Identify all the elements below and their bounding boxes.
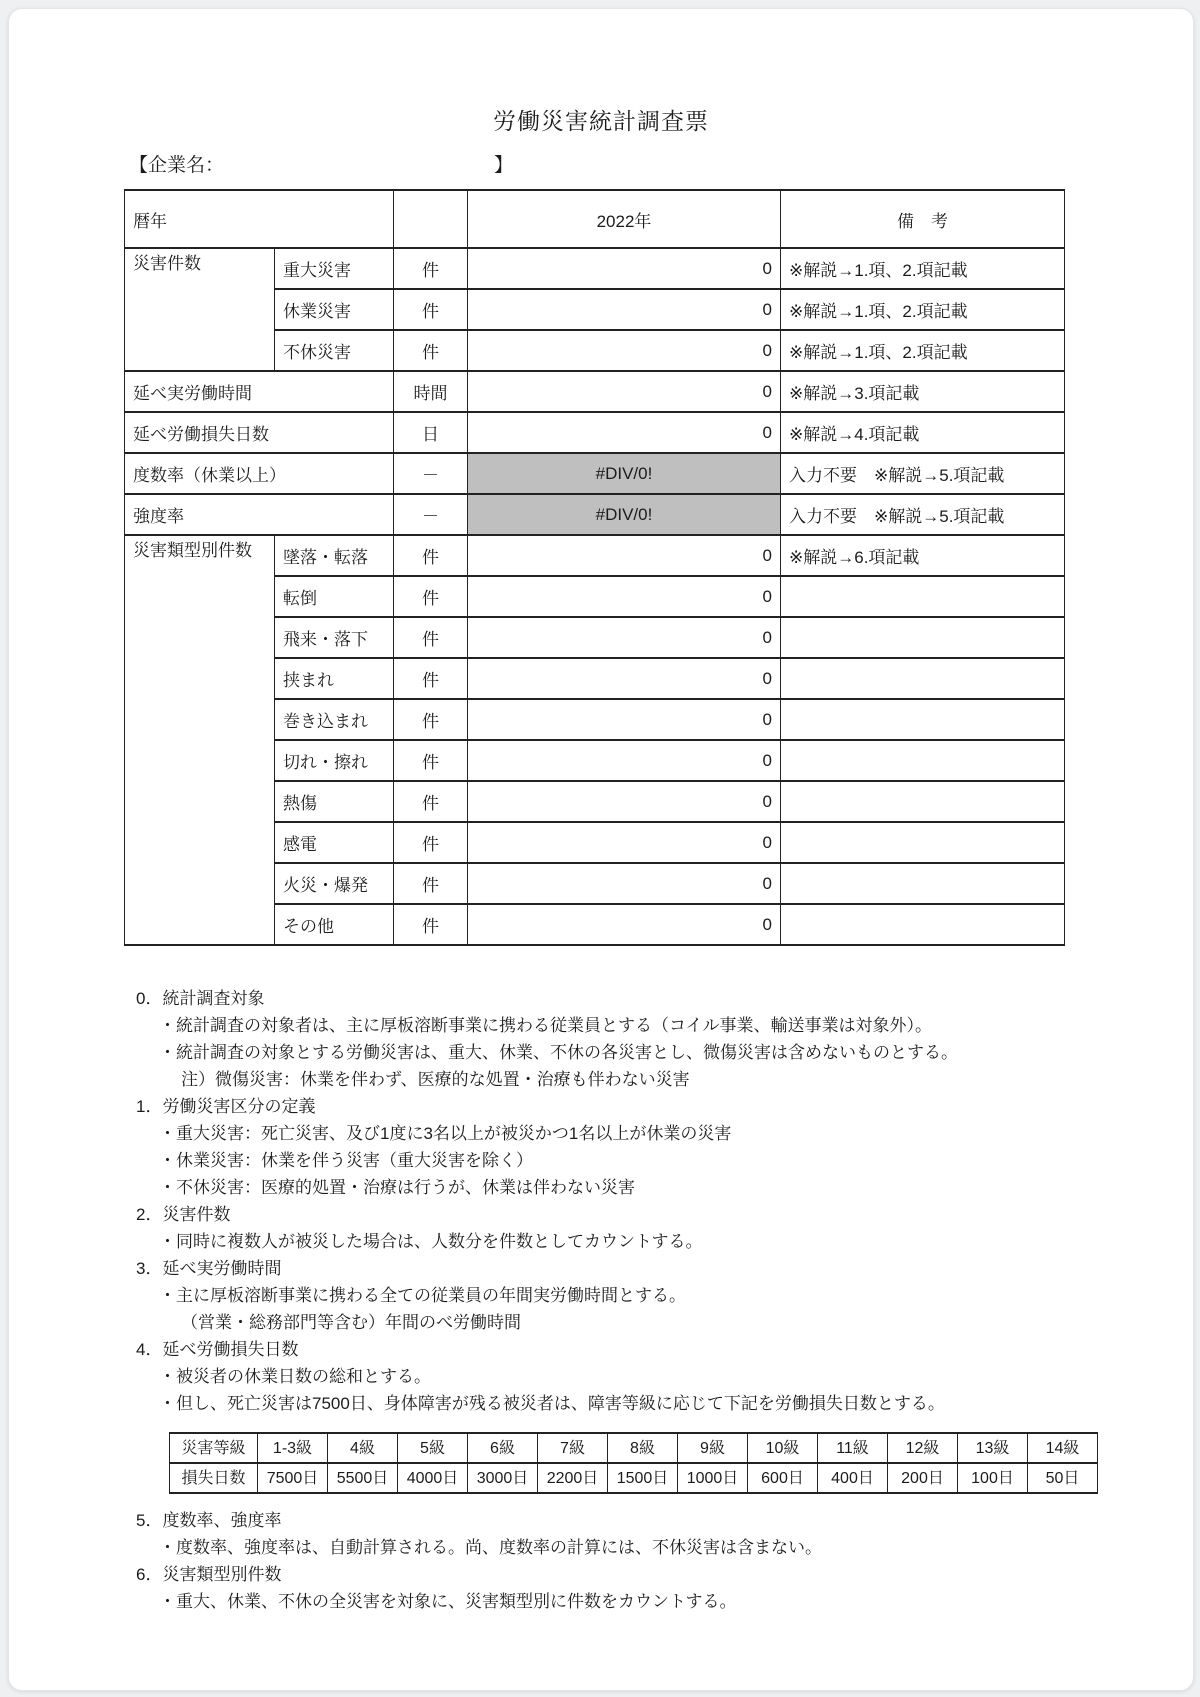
loss-days-row: 損失日数7500日5500日4000日3000日2200日1500日1000日6… [170,1463,1098,1493]
cell-remarks [781,822,1065,863]
cell-remarks: ※解説→1.項、2.項記載 [781,289,1065,330]
note-line: ・休業災害：休業を伴う災害（重大災害を除く） [129,1147,1109,1174]
cell-subtype: 重大災害 [275,248,394,289]
note-line: ・統計調査の対象とする労働災害は、重大、休業、不休の各災害とし、微傷災害は含めな… [129,1039,1109,1066]
note-line: ・主に厚板溶断事業に携わる全ての従業員の年間実労働時間とする。 [129,1282,1109,1309]
cell-subtype: 転倒 [275,576,394,617]
loss-cell: 3000日 [468,1463,538,1493]
note-line: 注）微傷災害：休業を伴わず、医療的な処置・治療も伴わない災害 [129,1066,1109,1093]
cell-value: 0 [468,740,781,781]
cell-value: 0 [468,330,781,371]
note-line: ・重大災害：死亡災害、及び1度に3名以上が被災かつ1名以上が休業の災害 [129,1120,1109,1147]
loss-cell: 12級 [888,1433,958,1463]
cell-value: 0 [468,904,781,945]
cell-remarks [781,781,1065,822]
table-row: 災害件数重大災害件0※解説→1.項、2.項記載 [125,248,1065,289]
cell-subtype: 飛来・落下 [275,617,394,658]
loss-cell: 600日 [748,1463,818,1493]
note-line: ・重大、休業、不休の全災害を対象に、災害類型別に件数をカウントする。 [129,1588,1109,1615]
loss-cell: 7級 [538,1433,608,1463]
note-section-heading: 2．災害件数 [129,1201,1109,1228]
cell-value: 0 [468,248,781,289]
cell-value: 0 [468,863,781,904]
cell-value: 0 [468,535,781,576]
header-unit-cell [394,190,468,248]
cell-item-label: 延べ実労働時間 [125,371,394,412]
cell-remarks [781,576,1065,617]
cell-remarks [781,699,1065,740]
cell-unit: 件 [394,289,468,330]
company-name-field: 【企業名： 】 [129,150,629,178]
note-line: ・同時に複数人が被災した場合は、人数分を件数としてカウントする。 [129,1228,1109,1255]
table-row: 度数率（休業以上）－#DIV/0!入力不要 ※解説→5.項記載 [125,453,1065,494]
loss-cell: 7500日 [258,1463,328,1493]
loss-cell: 14級 [1028,1433,1098,1463]
cell-value: #DIV/0! [468,453,781,494]
cell-remarks: 入力不要 ※解説→5.項記載 [781,453,1065,494]
loss-cell: 50日 [1028,1463,1098,1493]
cell-unit: 件 [394,535,468,576]
loss-days-table: 災害等級1-3級4級5級6級7級8級9級10級11級12級13級14級損失日数7… [169,1432,1098,1494]
loss-cell: 4級 [328,1433,398,1463]
cell-value: #DIV/0! [468,494,781,535]
cell-remarks: 入力不要 ※解説→5.項記載 [781,494,1065,535]
note-line: ・但し、死亡災害は7500日、身体障害が残る被災者は、障害等級に応じて下記を労働… [129,1390,1109,1417]
cell-unit: 件 [394,904,468,945]
loss-cell: 13級 [958,1433,1028,1463]
cell-value: 0 [468,699,781,740]
cell-remarks: ※解説→3.項記載 [781,371,1065,412]
loss-cell: 4000日 [398,1463,468,1493]
header-year: 2022年 [468,190,781,248]
statistics-table: 暦年 2022年 備 考 災害件数重大災害件0※解説→1.項、2.項記載休業災害… [124,189,1065,946]
loss-cell: 6級 [468,1433,538,1463]
cell-value: 0 [468,822,781,863]
note-line: （営業・総務部門等含む）年間のべ労働時間 [129,1309,1109,1336]
cell-subtype: 熱傷 [275,781,394,822]
cell-remarks [781,658,1065,699]
cell-unit: － [394,494,468,535]
cell-unit: 件 [394,658,468,699]
cell-unit: 日 [394,412,468,453]
loss-cell: 1500日 [608,1463,678,1493]
cell-value: 0 [468,289,781,330]
loss-cell: 200日 [888,1463,958,1493]
cell-unit: 件 [394,576,468,617]
table-row: 災害類型別件数墜落・転落件0※解説→6.項記載 [125,535,1065,576]
loss-grade-row: 災害等級1-3級4級5級6級7級8級9級10級11級12級13級14級 [170,1433,1098,1463]
cell-unit: 件 [394,781,468,822]
cell-remarks: ※解説→4.項記載 [781,412,1065,453]
note-section-heading: 4．延べ労働損失日数 [129,1336,1109,1363]
document-page: 労働災害統計調査票 【企業名： 】 暦年 2022年 備 考 災害件数重大災害件… [8,8,1194,1691]
page-title: 労働災害統計調査票 [9,103,1193,136]
cell-remarks: ※解説→1.項、2.項記載 [781,330,1065,371]
loss-cell: 8級 [608,1433,678,1463]
cell-unit: 件 [394,617,468,658]
note-section-heading: 1．労働災害区分の定義 [129,1093,1109,1120]
loss-row-header: 災害等級 [170,1433,258,1463]
cell-category: 災害件数 [125,248,275,371]
cell-remarks [781,740,1065,781]
cell-item-label: 強度率 [125,494,394,535]
cell-subtype: 巻き込まれ [275,699,394,740]
cell-subtype: 休業災害 [275,289,394,330]
cell-subtype: その他 [275,904,394,945]
note-line: ・不休災害：医療的処置・治療は行うが、休業は伴わない災害 [129,1174,1109,1201]
cell-remarks: ※解説→6.項記載 [781,535,1065,576]
cell-value: 0 [468,371,781,412]
loss-cell: 11級 [818,1433,888,1463]
cell-unit: 件 [394,330,468,371]
table-row: 延べ実労働時間時間0※解説→3.項記載 [125,371,1065,412]
note-section-heading: 5．度数率、強度率 [129,1507,1109,1534]
cell-subtype: 不休災害 [275,330,394,371]
header-calendar-year: 暦年 [125,190,394,248]
cell-unit: 件 [394,863,468,904]
loss-cell: 2200日 [538,1463,608,1493]
cell-value: 0 [468,576,781,617]
loss-cell: 100日 [958,1463,1028,1493]
loss-cell: 5級 [398,1433,468,1463]
table-row: 延べ労働損失日数日0※解説→4.項記載 [125,412,1065,453]
note-section-heading: 3．延べ実労働時間 [129,1255,1109,1282]
cell-value: 0 [468,658,781,699]
cell-subtype: 墜落・転落 [275,535,394,576]
cell-value: 0 [468,617,781,658]
cell-remarks [781,863,1065,904]
cell-item-label: 延べ労働損失日数 [125,412,394,453]
cell-value: 0 [468,412,781,453]
company-close-bracket: 】 [494,150,513,177]
table-header-row: 暦年 2022年 備 考 [125,190,1065,248]
cell-unit: 件 [394,822,468,863]
cell-item-label: 度数率（休業以上） [125,453,394,494]
cell-unit: 件 [394,248,468,289]
loss-cell: 9級 [678,1433,748,1463]
cell-remarks [781,904,1065,945]
cell-value: 0 [468,781,781,822]
loss-cell: 10級 [748,1433,818,1463]
cell-remarks [781,617,1065,658]
cell-subtype: 火災・爆発 [275,863,394,904]
note-line: ・度数率、強度率は、自動計算される。尚、度数率の計算には、不休災害は含まない。 [129,1534,1109,1561]
loss-row-header: 損失日数 [170,1463,258,1493]
company-label: 【企業名： [129,155,224,176]
cell-unit: 件 [394,699,468,740]
note-section-heading: 6．災害類型別件数 [129,1561,1109,1588]
notes-section: 0．統計調査対象・統計調査の対象者は、主に厚板溶断事業に携わる従業員とする（コイ… [129,985,1109,1615]
cell-subtype: 感電 [275,822,394,863]
cell-remarks: ※解説→1.項、2.項記載 [781,248,1065,289]
cell-subtype: 挟まれ [275,658,394,699]
loss-cell: 1-3級 [258,1433,328,1463]
loss-cell: 1000日 [678,1463,748,1493]
cell-unit: 時間 [394,371,468,412]
header-remarks: 備 考 [781,190,1065,248]
note-line: ・被災者の休業日数の総和とする。 [129,1363,1109,1390]
loss-cell: 5500日 [328,1463,398,1493]
note-section-heading: 0．統計調査対象 [129,985,1109,1012]
table-row: 強度率－#DIV/0!入力不要 ※解説→5.項記載 [125,494,1065,535]
loss-cell: 400日 [818,1463,888,1493]
main-table-body: 暦年 2022年 備 考 災害件数重大災害件0※解説→1.項、2.項記載休業災害… [125,190,1065,945]
cell-category: 災害類型別件数 [125,535,275,945]
cell-unit: 件 [394,740,468,781]
loss-table-body: 災害等級1-3級4級5級6級7級8級9級10級11級12級13級14級損失日数7… [170,1433,1098,1493]
cell-unit: － [394,453,468,494]
note-line: ・統計調査の対象者は、主に厚板溶断事業に携わる従業員とする（コイル事業、輸送事業… [129,1012,1109,1039]
cell-subtype: 切れ・擦れ [275,740,394,781]
